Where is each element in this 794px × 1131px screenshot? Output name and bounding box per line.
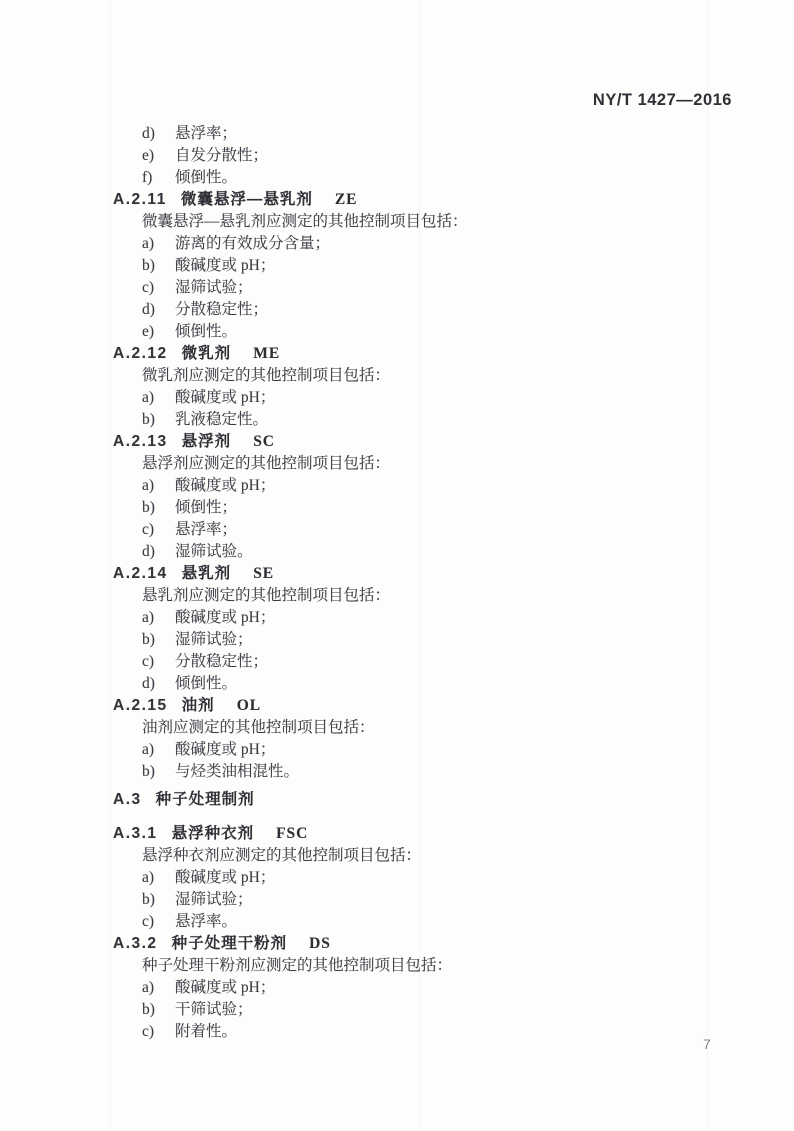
paragraph-text: 油剂应测定的其他控制项目包括： bbox=[142, 719, 375, 736]
list-item-marker: a) bbox=[142, 739, 175, 761]
list-item-text: 酸碱度或 pH； bbox=[175, 257, 275, 274]
list-item-marker: a) bbox=[142, 977, 175, 999]
list-item-text: 湿筛试验； bbox=[175, 891, 253, 908]
list-item: a)酸碱度或 pH； bbox=[113, 607, 743, 629]
list-item: d)悬浮率； bbox=[113, 123, 743, 145]
document-content: d)悬浮率；e)自发分散性；f)倾倒性。A.2.11微囊悬浮—悬乳剂ZE微囊悬浮… bbox=[113, 123, 743, 1043]
list-item-marker: f) bbox=[142, 167, 175, 189]
section-title: 油剂 bbox=[182, 697, 215, 714]
section-title: 种子处理干粉剂 bbox=[172, 935, 288, 952]
list-item-text: 酸碱度或 pH； bbox=[175, 869, 275, 886]
list-item-text: 自发分散性； bbox=[175, 147, 268, 164]
list-item-text: 悬浮率； bbox=[175, 521, 237, 538]
list-item-marker: a) bbox=[142, 387, 175, 409]
list-item-text: 倾倒性。 bbox=[175, 675, 237, 692]
section-number: A.2.14 bbox=[113, 565, 168, 582]
list-item: b)酸碱度或 pH； bbox=[113, 255, 743, 277]
section-number: A.2.15 bbox=[113, 697, 168, 714]
list-item-text: 湿筛试验； bbox=[175, 279, 253, 296]
list-item-marker: b) bbox=[142, 497, 175, 519]
formulation-code: SC bbox=[253, 433, 275, 450]
paragraph-text: 悬浮种衣剂应测定的其他控制项目包括： bbox=[142, 847, 421, 864]
page-number: 7 bbox=[703, 1036, 711, 1052]
section-number: A.2.12 bbox=[113, 345, 168, 362]
list-item-text: 酸碱度或 pH； bbox=[175, 741, 275, 758]
list-item-marker: b) bbox=[142, 999, 175, 1021]
list-item: b)与烃类油相混性。 bbox=[113, 761, 743, 783]
list-item-text: 与烃类油相混性。 bbox=[175, 763, 299, 780]
list-item: c)分散稳定性； bbox=[113, 651, 743, 673]
section-number: A.2.11 bbox=[113, 191, 167, 208]
section-heading: A.2.13悬浮剂SC bbox=[113, 431, 743, 453]
formulation-code: OL bbox=[237, 697, 261, 714]
section-heading: A.2.11微囊悬浮—悬乳剂ZE bbox=[113, 189, 743, 211]
section-title: 微乳剂 bbox=[182, 345, 232, 362]
list-item: a)酸碱度或 pH； bbox=[113, 867, 743, 889]
list-item-text: 分散稳定性； bbox=[175, 301, 268, 318]
formulation-code: ZE bbox=[335, 191, 358, 208]
list-item-marker: a) bbox=[142, 867, 175, 889]
list-item: e)自发分散性； bbox=[113, 145, 743, 167]
chapter-heading: A.3种子处理制剂 bbox=[113, 789, 743, 811]
list-item-text: 倾倒性。 bbox=[175, 169, 237, 186]
scan-artifact-line bbox=[110, 0, 111, 1131]
list-item-marker: d) bbox=[142, 299, 175, 321]
list-item: c)悬浮率。 bbox=[113, 911, 743, 933]
list-item: f)倾倒性。 bbox=[113, 167, 743, 189]
list-item: b)湿筛试验； bbox=[113, 889, 743, 911]
list-item: d)分散稳定性； bbox=[113, 299, 743, 321]
list-item-marker: a) bbox=[142, 475, 175, 497]
list-item-text: 倾倒性； bbox=[175, 499, 237, 516]
list-item-text: 游离的有效成分含量； bbox=[175, 235, 330, 252]
list-item-marker: b) bbox=[142, 889, 175, 911]
list-item: e)倾倒性。 bbox=[113, 321, 743, 343]
list-item-text: 湿筛试验； bbox=[175, 631, 253, 648]
list-item-text: 酸碱度或 pH； bbox=[175, 609, 275, 626]
list-item-text: 悬浮率。 bbox=[175, 913, 237, 930]
list-item-marker: d) bbox=[142, 673, 175, 695]
list-item: a)酸碱度或 pH； bbox=[113, 387, 743, 409]
list-item: a)酸碱度或 pH； bbox=[113, 977, 743, 999]
list-item: b)湿筛试验； bbox=[113, 629, 743, 651]
list-item-marker: c) bbox=[142, 519, 175, 541]
section-title: 悬浮剂 bbox=[182, 433, 232, 450]
list-item: c)悬浮率； bbox=[113, 519, 743, 541]
list-item-marker: b) bbox=[142, 255, 175, 277]
list-item: a)游离的有效成分含量； bbox=[113, 233, 743, 255]
list-item: d)湿筛试验。 bbox=[113, 541, 743, 563]
list-item-text: 分散稳定性； bbox=[175, 653, 268, 670]
formulation-code: SE bbox=[253, 565, 274, 582]
list-item-text: 附着性。 bbox=[175, 1023, 237, 1040]
chapter-title: 种子处理制剂 bbox=[156, 791, 255, 808]
list-item-text: 湿筛试验。 bbox=[175, 543, 253, 560]
paragraph: 油剂应测定的其他控制项目包括： bbox=[113, 717, 743, 739]
list-item-marker: c) bbox=[142, 277, 175, 299]
list-item-text: 倾倒性。 bbox=[175, 323, 237, 340]
section-number: A.2.13 bbox=[113, 433, 168, 450]
paragraph-text: 悬浮剂应测定的其他控制项目包括： bbox=[142, 455, 390, 472]
section-number: A.3.1 bbox=[113, 825, 158, 842]
section-heading: A.2.12微乳剂ME bbox=[113, 343, 743, 365]
list-item-marker: d) bbox=[142, 123, 175, 145]
paragraph-text: 微乳剂应测定的其他控制项目包括： bbox=[142, 367, 390, 384]
paragraph-text: 种子处理干粉剂应测定的其他控制项目包括： bbox=[142, 957, 452, 974]
paragraph: 悬浮种衣剂应测定的其他控制项目包括： bbox=[113, 845, 743, 867]
list-item-marker: b) bbox=[142, 761, 175, 783]
formulation-code: ME bbox=[253, 345, 280, 362]
list-item-text: 酸碱度或 pH； bbox=[175, 477, 275, 494]
list-item-marker: e) bbox=[142, 321, 175, 343]
paragraph: 种子处理干粉剂应测定的其他控制项目包括： bbox=[113, 955, 743, 977]
list-item: b)倾倒性； bbox=[113, 497, 743, 519]
list-item: b)乳液稳定性。 bbox=[113, 409, 743, 431]
list-item-text: 酸碱度或 pH； bbox=[175, 389, 275, 406]
section-title: 微囊悬浮—悬乳剂 bbox=[181, 191, 313, 208]
standard-number-header: NY/T 1427—2016 bbox=[593, 91, 732, 110]
list-item-marker: d) bbox=[142, 541, 175, 563]
list-item-text: 乳液稳定性。 bbox=[175, 411, 268, 428]
section-number: A.3.2 bbox=[113, 935, 158, 952]
paragraph-text: 微囊悬浮—悬乳剂应测定的其他控制项目包括： bbox=[142, 213, 468, 230]
document-page: NY/T 1427—2016 d)悬浮率；e)自发分散性；f)倾倒性。A.2.1… bbox=[0, 0, 794, 1131]
formulation-code: DS bbox=[309, 935, 331, 952]
list-item: a)酸碱度或 pH； bbox=[113, 475, 743, 497]
list-item: a)酸碱度或 pH； bbox=[113, 739, 743, 761]
list-item-text: 干筛试验； bbox=[175, 1001, 253, 1018]
list-item-marker: b) bbox=[142, 409, 175, 431]
paragraph-text: 悬乳剂应测定的其他控制项目包括： bbox=[142, 587, 390, 604]
list-item-text: 悬浮率； bbox=[175, 125, 237, 142]
list-item: d)倾倒性。 bbox=[113, 673, 743, 695]
section-heading: A.3.1悬浮种衣剂FSC bbox=[113, 823, 743, 845]
list-item: b)干筛试验； bbox=[113, 999, 743, 1021]
list-item: c)湿筛试验； bbox=[113, 277, 743, 299]
section-heading: A.2.14悬乳剂SE bbox=[113, 563, 743, 585]
section-heading: A.3.2种子处理干粉剂DS bbox=[113, 933, 743, 955]
list-item-marker: c) bbox=[142, 651, 175, 673]
list-item: c)附着性。 bbox=[113, 1021, 743, 1043]
section-title: 悬浮种衣剂 bbox=[172, 825, 255, 842]
section-title: 悬乳剂 bbox=[182, 565, 232, 582]
paragraph: 微乳剂应测定的其他控制项目包括： bbox=[113, 365, 743, 387]
section-heading: A.2.15油剂OL bbox=[113, 695, 743, 717]
list-item-marker: e) bbox=[142, 145, 175, 167]
list-item-marker: c) bbox=[142, 1021, 175, 1043]
paragraph: 悬乳剂应测定的其他控制项目包括： bbox=[113, 585, 743, 607]
paragraph: 悬浮剂应测定的其他控制项目包括： bbox=[113, 453, 743, 475]
list-item-marker: b) bbox=[142, 629, 175, 651]
list-item-marker: a) bbox=[142, 607, 175, 629]
formulation-code: FSC bbox=[276, 825, 308, 842]
paragraph: 微囊悬浮—悬乳剂应测定的其他控制项目包括： bbox=[113, 211, 743, 233]
list-item-marker: a) bbox=[142, 233, 175, 255]
chapter-number: A.3 bbox=[113, 791, 142, 808]
list-item-marker: c) bbox=[142, 911, 175, 933]
list-item-text: 酸碱度或 pH； bbox=[175, 979, 275, 996]
